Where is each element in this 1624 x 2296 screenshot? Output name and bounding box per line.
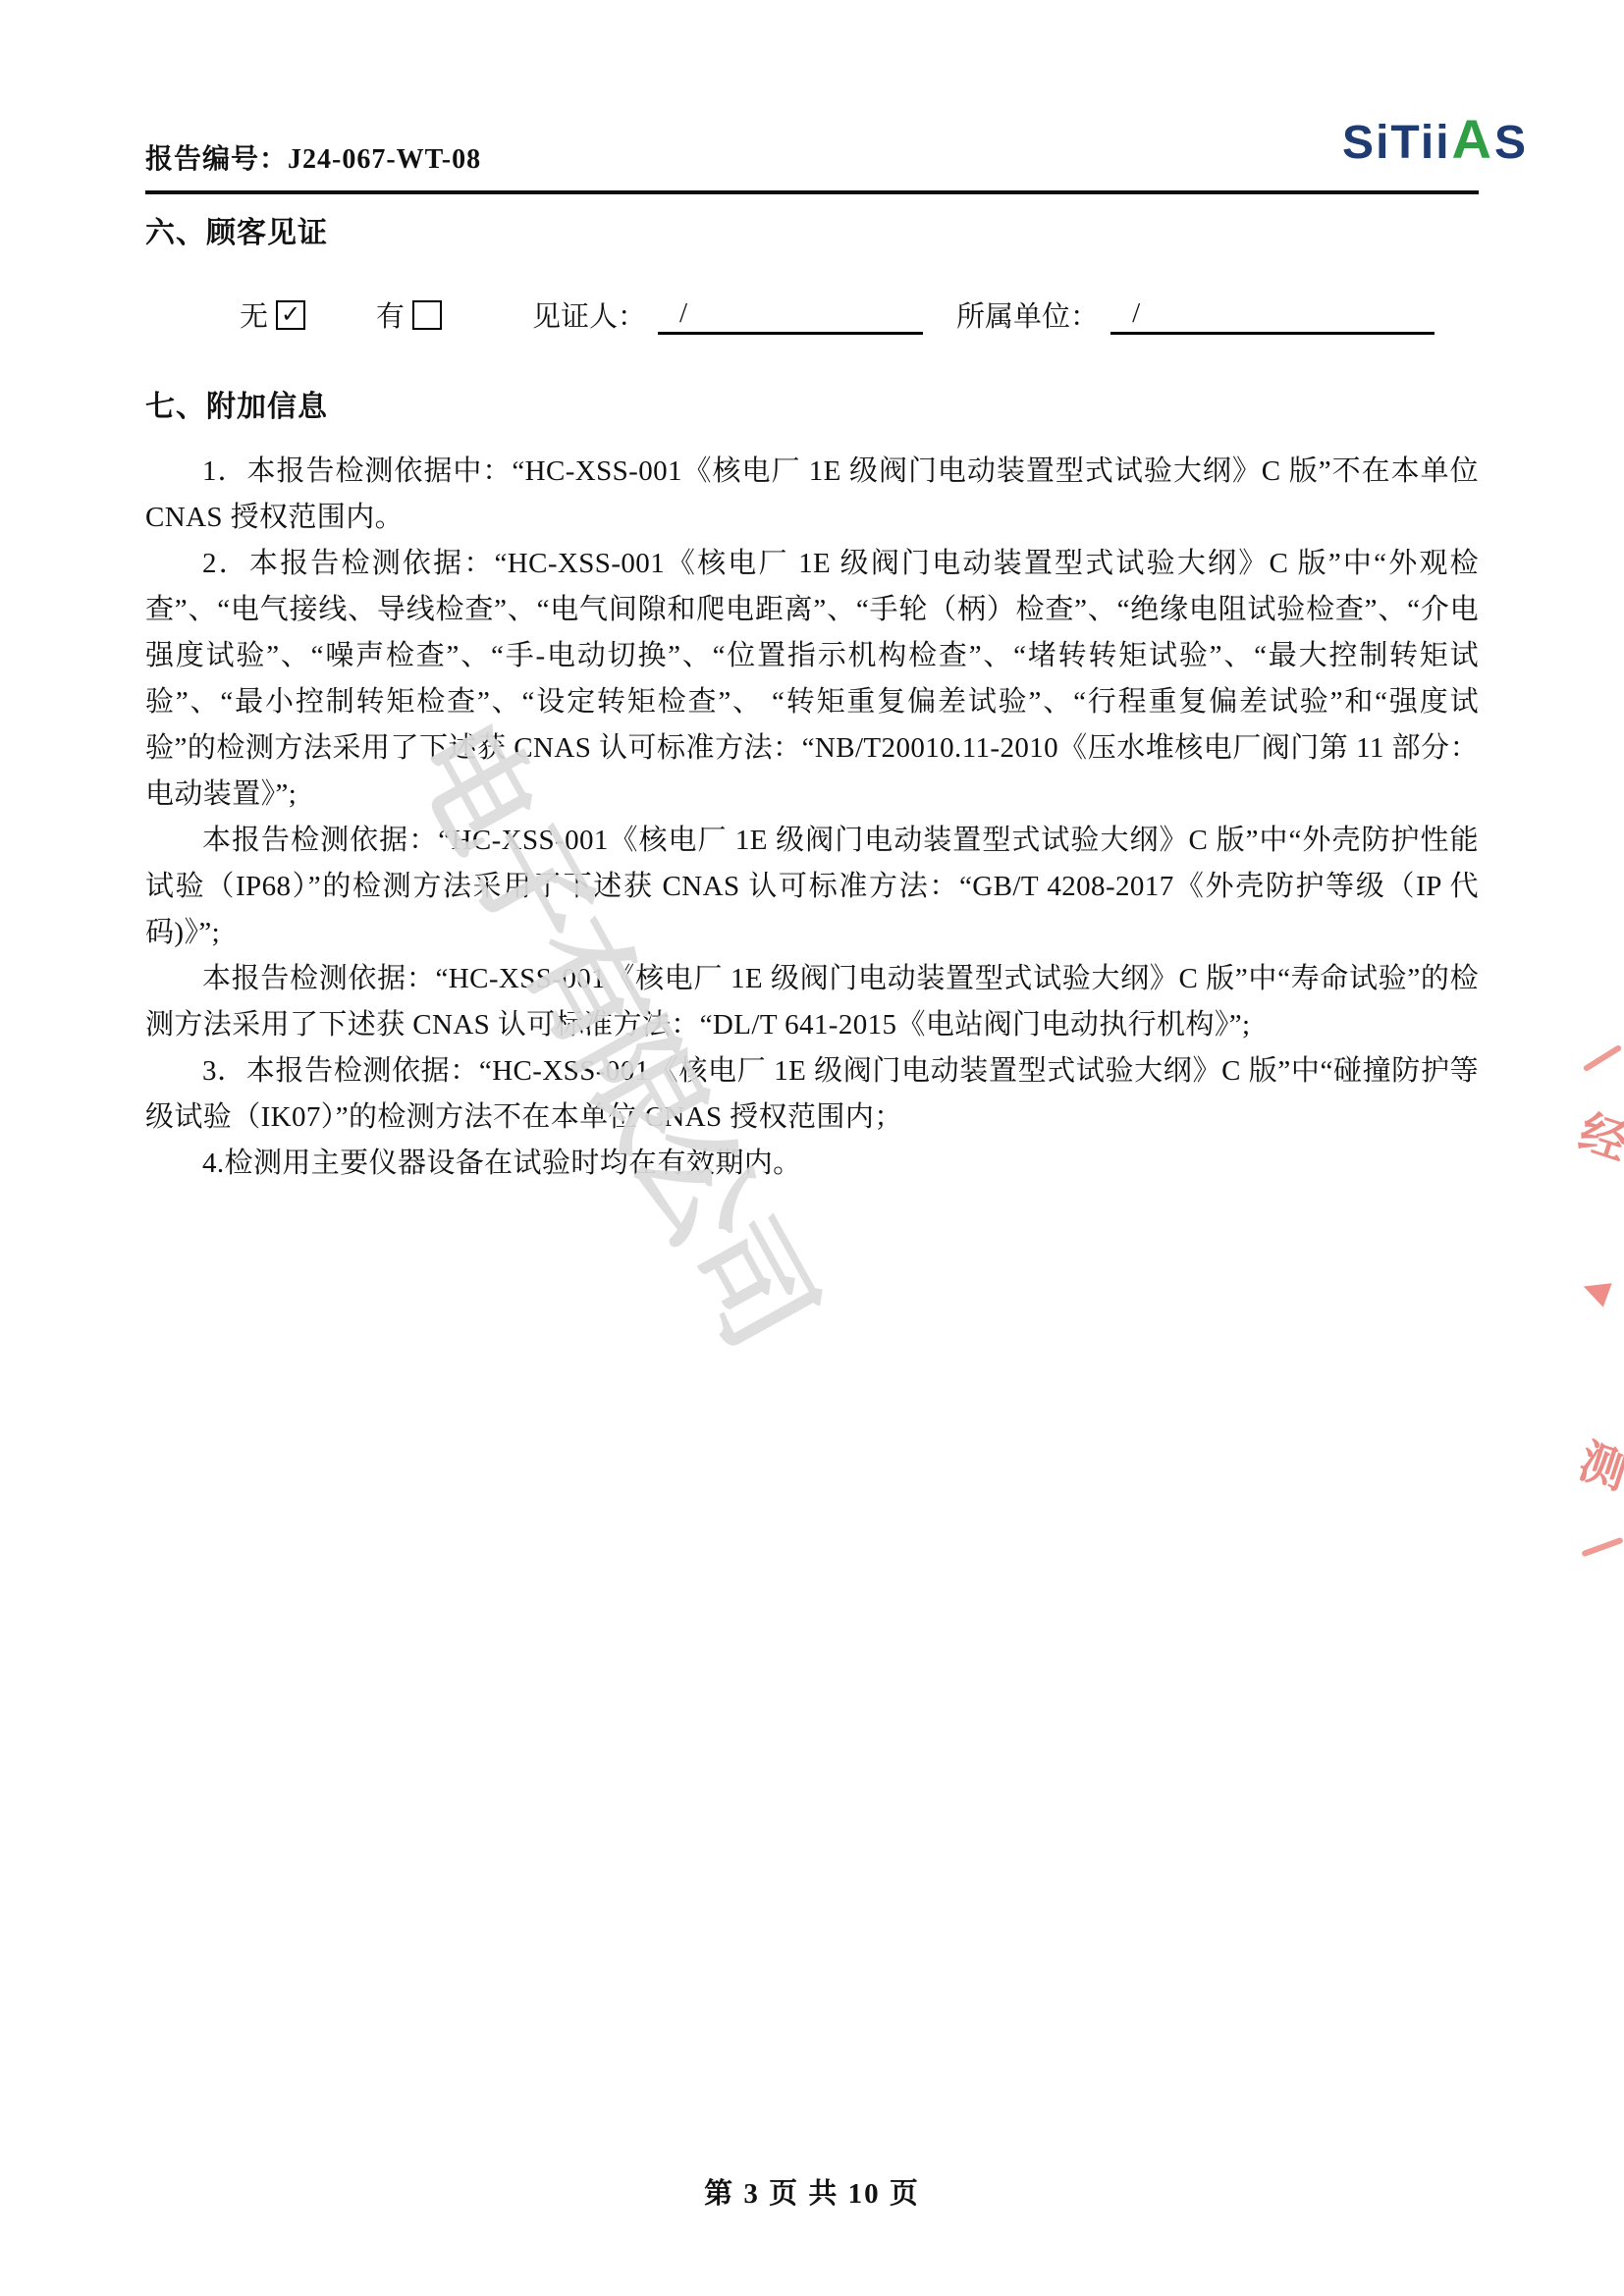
paragraph-2: 2．本报告检测依据：“HC-XSS-001《核电厂 1E 级阀门电动装置型式试验… [145, 541, 1479, 818]
report-number-line: 报告编号：J24-067-WT-08 [145, 144, 481, 175]
org-value-line: / [1110, 297, 1435, 335]
org-label: 所属单位： [956, 294, 1099, 335]
check-icon: ✓ [281, 300, 300, 328]
paragraph-6: 4.检测用主要仪器设备在试验时均在有效期内。 [145, 1141, 1479, 1187]
stamp-char-1: 经 [1572, 1095, 1624, 1178]
checkbox-has-label: 有 [376, 294, 405, 335]
stamp-edge-line-bottom [1581, 1537, 1623, 1558]
sitiias-logo: SiTiiAS [1342, 112, 1528, 167]
checkbox-none-label: 无 [240, 294, 268, 335]
logo-letter-a: A [1452, 112, 1493, 167]
logo-text-right: S [1494, 120, 1528, 167]
report-number-label: 报告编号： [145, 144, 288, 175]
stamp-edge-line-top [1583, 1044, 1622, 1072]
stamp-char-2: 测 [1572, 1423, 1624, 1507]
red-stamp-fragment: 经 测 [1581, 1055, 1624, 1550]
report-number-value: J24-067-WT-08 [288, 144, 481, 175]
section6-title: 六、顾客见证 [145, 208, 1479, 251]
stamp-triangle-mark [1579, 1274, 1611, 1307]
paragraph-3: 本报告检测依据：“HC-XSS-001《核电厂 1E 级阀门电动装置型式试验大纲… [145, 818, 1479, 956]
page-number-footer: 第 3 页 共 10 页 [0, 2171, 1624, 2212]
paragraph-4: 本报告检测依据：“HC-XSS-001《核电厂 1E 级阀门电动装置型式试验大纲… [145, 956, 1479, 1048]
checkbox-group-none: 无 ✓ [240, 294, 305, 335]
additional-info-paragraphs: 1．本报告检测依据中：“HC-XSS-001《核电厂 1E 级阀门电动装置型式试… [145, 449, 1479, 1187]
page-header: 报告编号：J24-067-WT-08 SiTiiAS [145, 137, 1479, 183]
checkbox-none-checked: ✓ [276, 300, 305, 330]
logo-text-left: SiTii [1342, 120, 1450, 167]
checkbox-has-empty [412, 300, 442, 330]
paragraph-5: 3．本报告检测依据：“HC-XSS-001《核电厂 1E 级阀门电动装置型式试验… [145, 1048, 1479, 1141]
header-divider [145, 190, 1479, 194]
section7-title: 七、附加信息 [145, 382, 1479, 425]
checkbox-group-has: 有 [376, 294, 442, 335]
witness-row: 无 ✓ 有 见证人： / 所属单位： / [240, 294, 1479, 335]
report-page: 报告编号：J24-067-WT-08 SiTiiAS 六、顾客见证 无 ✓ 有 … [0, 0, 1624, 2296]
paragraph-1: 1．本报告检测依据中：“HC-XSS-001《核电厂 1E 级阀门电动装置型式试… [145, 449, 1479, 541]
witness-label: 见证人： [532, 294, 646, 335]
witness-value-line: / [658, 297, 923, 335]
